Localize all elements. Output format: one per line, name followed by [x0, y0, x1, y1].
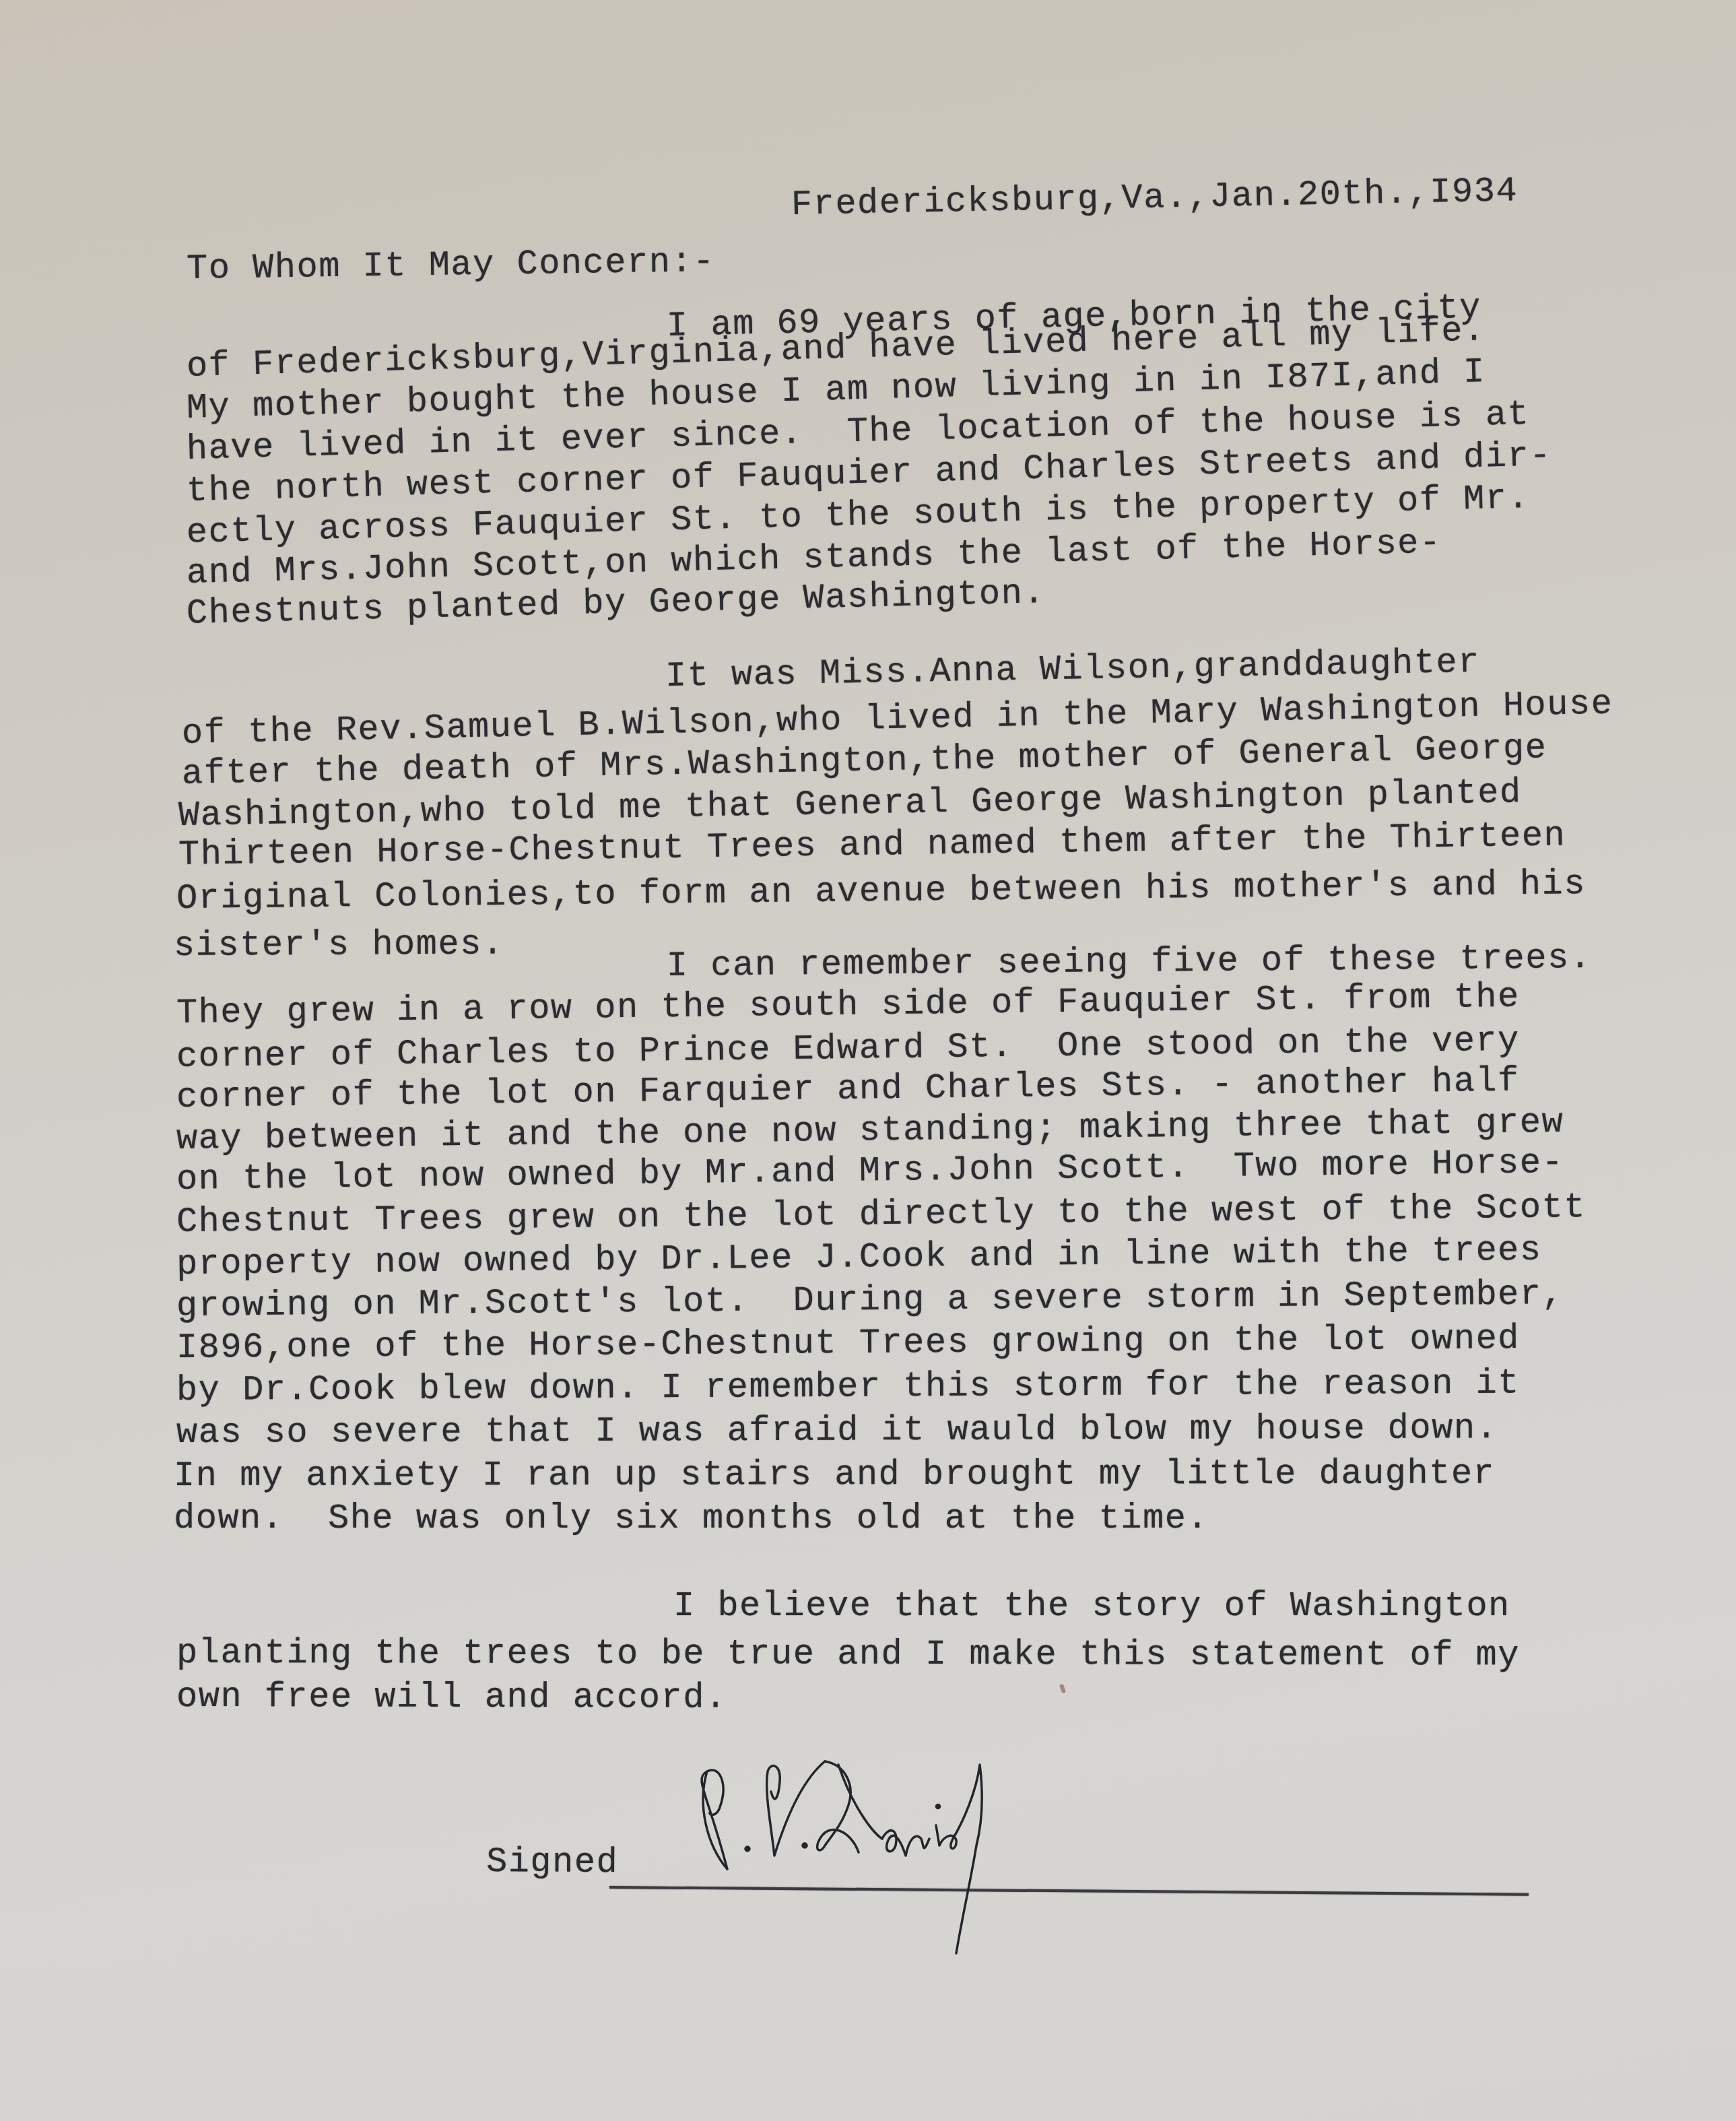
- document-page: Fredericksburg,Va.,Jan.20th.,I934 To Who…: [0, 0, 1736, 2121]
- paragraph-line: planting the trees to be true and I make…: [176, 1633, 1520, 1675]
- signed-label: Signed: [486, 1842, 619, 1883]
- paragraph-line: down. She was only six months old at the…: [174, 1499, 1209, 1538]
- paragraph-line: sister's homes.: [174, 924, 504, 966]
- paragraph-line: I896,one of the Horse-Chestnut Trees gro…: [176, 1319, 1520, 1368]
- paragraph-line: by Dr.Cook blew down. I remember this st…: [176, 1364, 1520, 1410]
- paragraph-line: It was Miss.Anna Wilson,granddaughter: [665, 643, 1480, 696]
- salutation: To Whom It May Concern:-: [187, 242, 716, 289]
- paragraph-line: In my anxiety I ran up stairs and brough…: [174, 1454, 1495, 1496]
- handwritten-signature-icon: [680, 1751, 1259, 1967]
- paragraph-line: own free will and accord.: [176, 1677, 727, 1718]
- dateline: Fredericksburg,Va.,Jan.20th.,I934: [791, 171, 1518, 225]
- paragraph-line: I believe that the story of Washington: [673, 1586, 1510, 1626]
- ink-speck: [1059, 1683, 1066, 1693]
- paragraph-line: was so severe that I was afraid it wauld…: [176, 1408, 1498, 1453]
- paragraph-line: Original Colonies,to form an avenue betw…: [176, 864, 1587, 919]
